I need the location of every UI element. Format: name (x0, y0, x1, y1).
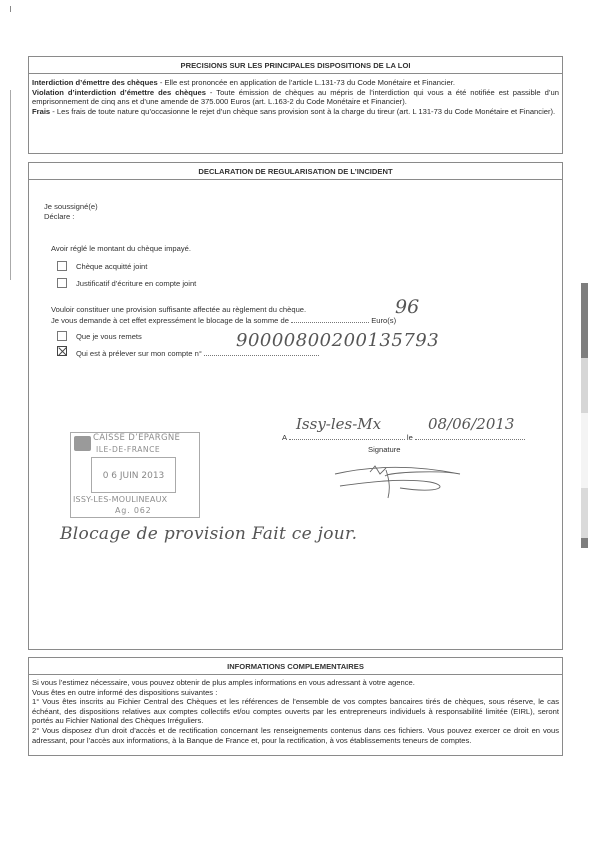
prelever-compte-text: Qui est à prélever sur mon compte n° (76, 349, 202, 358)
provision-heading: Frais (32, 107, 50, 116)
stamp-agency: Ag. 062 (115, 506, 152, 516)
stamp-bank-name: CAISSE D’EPARGNE (93, 434, 180, 444)
stamp-city: ISSY-LES-MOULINEAUX (73, 495, 167, 505)
provision-line-1: Vouloir constituer une provision suffisa… (51, 305, 306, 315)
signature-scribble (330, 460, 470, 500)
place-prefix: A (282, 433, 287, 442)
account-number-handwritten: 90000800200135793 (236, 336, 439, 346)
currency-label: Euro(s) (371, 316, 396, 325)
scan-artifact-line (10, 90, 11, 280)
additional-info-section: INFORMATIONS COMPLEMENTAIRES Si vous l’e… (28, 657, 563, 756)
place-handwritten: Issy-les-Mx (296, 420, 381, 430)
date-handwritten: 08/06/2013 (428, 420, 514, 430)
scan-artifact-bar (581, 358, 588, 413)
handwritten-note: Blocage de provision Fait ce jour. (60, 530, 357, 540)
info-paragraph: 2° Vous disposez d’un droit d’accès et d… (32, 726, 559, 745)
amount-field[interactable] (291, 315, 369, 323)
additional-info-body: Si vous l’estimez nécessaire, vous pouve… (29, 675, 562, 748)
provision-violation: Violation d’interdiction d’émettre des c… (32, 88, 559, 107)
scan-artifact-bar (581, 488, 588, 538)
provision-frais: Frais - Les frais de toute nature qu’occ… (32, 107, 559, 117)
date-field[interactable] (415, 432, 525, 440)
provision-heading: Interdiction d’émettre des chèques (32, 78, 158, 87)
amount-handwritten: 96 (395, 303, 419, 313)
justificatif-label: Justificatif d’écriture en compte joint (76, 279, 196, 289)
bank-stamp: CAISSE D’EPARGNE ILE-DE-FRANCE 0 6 JUIN … (70, 432, 200, 518)
scan-artifact-bar (581, 283, 588, 358)
stamp-region: ILE-DE-FRANCE (96, 445, 160, 455)
info-paragraph: 1° Vous êtes inscrits au Fichier Central… (32, 697, 559, 726)
que-je-remets-checkbox[interactable] (57, 331, 67, 341)
stamp-date: 0 6 JUIN 2013 (91, 457, 176, 493)
provision-line-2-text: Je vous demande à cet effet expressément… (51, 316, 289, 325)
declare-label: Déclare : (44, 212, 74, 222)
justificatif-checkbox[interactable] (57, 278, 67, 288)
info-paragraph: Si vous l’estimez nécessaire, vous pouve… (32, 678, 559, 688)
legal-provisions-body: Interdiction d’émettre des chèques - Ell… (29, 74, 562, 119)
soussigne-label: Je soussigné(e) (44, 202, 98, 212)
cheque-acquitte-label: Chèque acquitté joint (76, 262, 147, 272)
section-title: DECLARATION DE REGULARISATION DE L’INCID… (29, 163, 562, 180)
section-title: INFORMATIONS COMPLEMENTAIRES (29, 658, 562, 675)
date-prefix: le (407, 433, 413, 442)
avoir-regle-label: Avoir réglé le montant du chèque impayé. (51, 244, 191, 254)
scan-artifact-bar (581, 538, 588, 548)
provision-heading: Violation d’interdiction d’émettre des c… (32, 88, 206, 97)
place-date-line: A le (282, 432, 525, 443)
section-title: PRECISIONS SUR LES PRINCIPALES DISPOSITI… (29, 57, 562, 74)
place-field[interactable] (289, 432, 405, 440)
provision-interdiction: Interdiction d’émettre des chèques - Ell… (32, 78, 559, 88)
squirrel-logo-icon (74, 436, 91, 451)
legal-provisions-section: PRECISIONS SUR LES PRINCIPALES DISPOSITI… (28, 56, 563, 154)
provision-text: - Les frais de toute nature qu’occasionn… (50, 107, 555, 116)
que-je-remets-label: Que je vous remets (76, 332, 142, 342)
scan-artifact-bar (581, 413, 588, 488)
declaration-section: DECLARATION DE REGULARISATION DE L’INCID… (28, 162, 563, 650)
cheque-acquitte-checkbox[interactable] (57, 261, 67, 271)
provision-text: - Elle est prononcée en application de l… (158, 78, 455, 87)
prelever-compte-checkbox[interactable] (57, 346, 67, 356)
info-paragraph: Vous êtes en outre informé des dispositi… (32, 688, 559, 698)
provision-line-2: Je vous demande à cet effet expressément… (51, 315, 396, 326)
signature-label: Signature (368, 445, 401, 455)
scan-artifact-mark (10, 6, 11, 12)
